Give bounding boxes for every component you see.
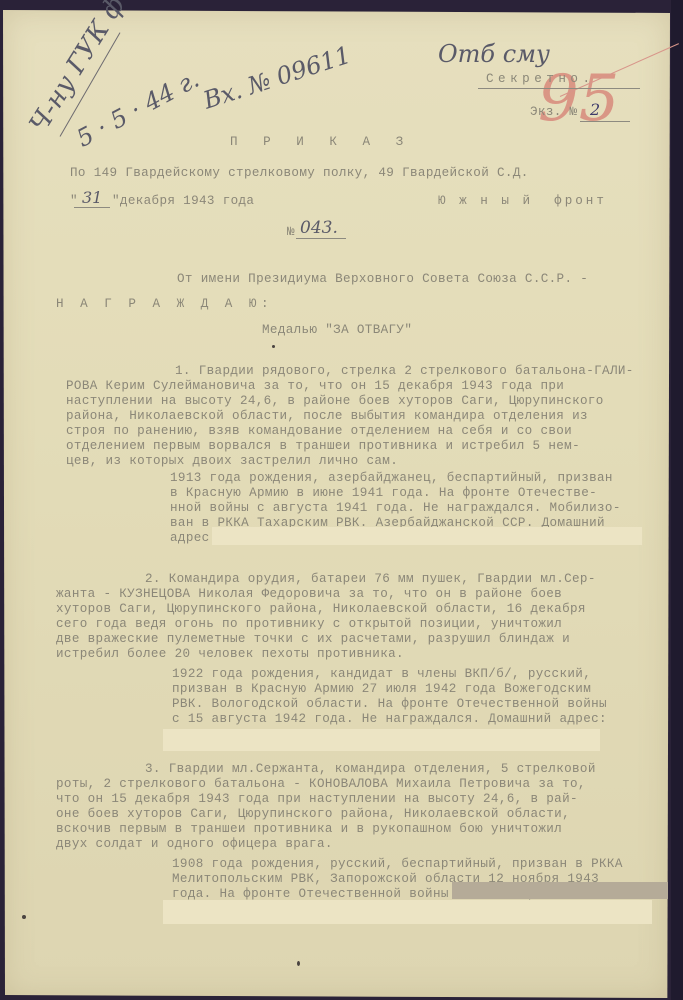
bio-line: 1908 года рождения, русский, беспартийны… [172,857,623,872]
copy-number-underline [580,121,630,122]
classification-underline [478,88,640,89]
entry-line: отделением первым ворвался в траншеи про… [66,439,580,454]
entry-line: РОВА Керим Сулеймановича за то, что он 1… [66,379,564,394]
entry-line: что он 15 декабря 1943 года при наступле… [56,792,578,807]
award-name: Медалью "ЗА ОТВАГУ" [262,323,412,338]
front-name: Ю ж н ы й фронт [438,194,607,209]
order-subtitle: По 149 Гвардейскому стрелковому полку, 4… [70,166,529,181]
copy-label: Экз. № [530,105,577,120]
entry-line: 2. Командира орудия, батареи 76 мм пушек… [145,572,596,587]
bio-line: с 15 августа 1942 года. Не награждался. … [172,712,607,727]
entry-line: наступлении на высоту 24,6, в районе бое… [66,394,604,409]
date-text: "декабря 1943 года [112,194,254,209]
entry-line: двух солдат и одного офицера врага. [56,837,333,852]
date-underline [74,207,110,208]
award-verb: Н А Г Р А Ж Д А Ю: [56,297,273,312]
redacted-address [452,882,668,899]
entry-line: 1. Гвардии рядового, стрелка 2 стрелково… [175,364,634,379]
entry-line: строя по ранению, взяв командование отде… [66,424,572,439]
date-day: 31 [82,188,102,207]
entry-line: оне боев хуторов Саги, Цюрупинского райо… [56,807,570,822]
bio-line: призван в Красную Армию 27 июля 1942 год… [172,682,591,697]
order-number: 043. [300,218,338,238]
entry-line: цев, из которых двоих застрелил лично са… [66,454,398,469]
order-number-underline [296,238,346,239]
copy-number: 2 [590,100,600,119]
entry-line: хуторов Саги, Цюрупинского района, Никол… [56,602,586,617]
entry-line: истребил более 20 человек пехоты противн… [56,647,404,662]
scan-border [671,0,683,1000]
entry-line: района, Николаевской области, после выбы… [66,409,588,424]
entry-line: две вражеские пулеметные точки с их расч… [56,632,570,647]
entry-line: вскочив первым в траншеи противника и в … [56,822,562,837]
redacted-address [163,900,652,924]
handwritten-note: Отб сму [438,40,550,68]
entry-line: 3. Гвардии мл.Сержанта, командира отделе… [145,762,596,777]
entry-line: жанта - КУЗНЕЦОВА Николая Федоровича за … [56,587,562,602]
paper-speck [272,345,275,348]
order-title: П Р И К А З [230,135,412,150]
entry-line: сего года ведя огонь по противнику с отк… [56,617,562,632]
redacted-address [163,729,600,751]
bio-line: в Красную Армию в июне 1941 года. На фро… [170,486,597,501]
bio-line: адрес [170,531,210,546]
bio-line: нной войны с августа 1941 года. Не награ… [170,501,621,516]
bio-line: 1913 года рождения, азербайджанец, беспа… [170,471,613,486]
paper-speck [297,961,300,966]
bio-line: РВК. Вологодской области. На фронте Отеч… [172,697,607,712]
classification-label: Секретно. [486,72,595,87]
redacted-address [212,527,642,545]
order-number-label: № [287,225,295,240]
bio-line: 1922 года рождения, кандидат в члены ВКП… [172,667,591,682]
paper-speck [22,915,26,919]
preamble: От имени Президиума Верховного Совета Со… [177,272,588,287]
entry-line: роты, 2 стрелкового батальона - КОНОВАЛО… [56,777,586,792]
